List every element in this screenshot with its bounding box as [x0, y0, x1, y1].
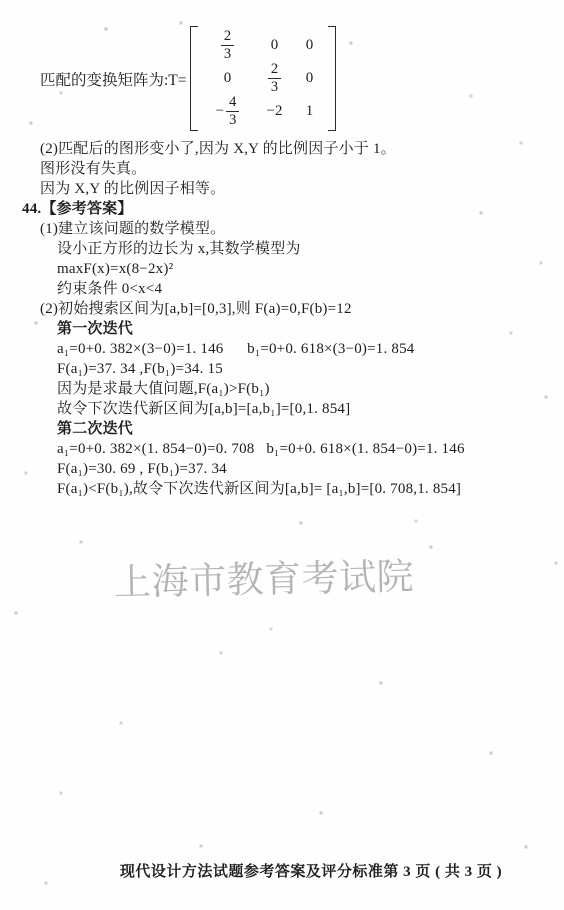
matrix-label: 匹配的变换矩阵为:T= [40, 68, 187, 90]
matrix-cell-r2c3: 0 [306, 70, 314, 87]
iteration-1-values: F(a₁)=37. 34 ,F(b₁)=34. 15 [0, 359, 564, 379]
matrix-cell-r2c2: 2 3 [268, 62, 281, 95]
question-44-header: 44.【参考答案】 [0, 199, 564, 219]
iteration-1-compare: 因为是求最大值问题,F(a₁)>F(b₁) [0, 379, 564, 399]
iteration-1-calc: a₁=0+0. 382×(3−0)=1. 146 b₁=0+0. 618×(3−… [0, 339, 564, 359]
institution-watermark: 上海市教育考试院 [113, 546, 414, 606]
matrix-section: 匹配的变换矩阵为:T= 2 3 0 0 0 2 3 0 [40, 26, 336, 131]
scan-noise [0, 0, 2, 2]
minus-sign: − [216, 103, 224, 120]
constraint-line: 约束条件 0<x<4 [0, 279, 564, 299]
matrix-cell-r2c1: 0 [224, 70, 232, 87]
iteration-2-values: F(a₁)=30. 69 , F(b₁)=37. 34 [0, 459, 564, 479]
scanned-exam-answer-page: 匹配的变换矩阵为:T= 2 3 0 0 0 2 3 0 [0, 0, 564, 910]
answer-content: (2)匹配后的图形变小了,因为 X,Y 的比例因子小于 1。 图形没有失真。 因… [0, 139, 564, 499]
matrix-bracket-right-icon [328, 26, 336, 131]
answer-line: (2)匹配后的图形变小了,因为 X,Y 的比例因子小于 1。 [0, 139, 564, 159]
answer-line: (2)初始搜索区间为[a,b]=[0,3],则 F(a)=0,F(b)=12 [0, 299, 564, 319]
page-footer: 现代设计方法试题参考答案及评分标准第 3 页 ( 共 3 页 ) [0, 860, 564, 881]
iteration-2-calc: a₁=0+0. 382×(1. 854−0)=0. 708 b₁=0+0. 61… [0, 439, 564, 459]
matrix-cell-r1c2: 0 [271, 37, 279, 54]
answer-line: 因为 X,Y 的比例因子相等。 [0, 179, 564, 199]
matrix-cell-r3c2: −2 [267, 103, 283, 120]
iteration-1-interval: 故令下次迭代新区间为[a,b]=[a,b₁]=[0,1. 854] [0, 399, 564, 419]
matrix-bracket-left-icon [190, 26, 198, 131]
iteration-1-header: 第一次迭代 [0, 319, 564, 339]
matrix-cell-r3c3: 1 [306, 103, 314, 120]
transformation-matrix: 2 3 0 0 0 2 3 0 − 4 3 [190, 26, 336, 131]
matrix-cell-r1c1: 2 3 [221, 29, 234, 62]
answer-line: (1)建立该问题的数学模型。 [0, 219, 564, 239]
iteration-2-header: 第二次迭代 [0, 419, 564, 439]
iteration-2-interval: F(a₁)<F(b₁),故令下次迭代新区间为[a,b]= [a₁,b]=[0. … [0, 479, 564, 499]
matrix-grid: 2 3 0 0 0 2 3 0 − 4 3 [198, 26, 328, 131]
formula-line: maxF(x)=x(8−2x)² [0, 259, 564, 279]
matrix-cell-r1c3: 0 [306, 37, 314, 54]
matrix-cell-r3c1: − 4 3 [216, 95, 240, 128]
answer-line: 设小正方形的边长为 x,其数学模型为 [0, 239, 564, 259]
answer-line: 图形没有失真。 [0, 159, 564, 179]
